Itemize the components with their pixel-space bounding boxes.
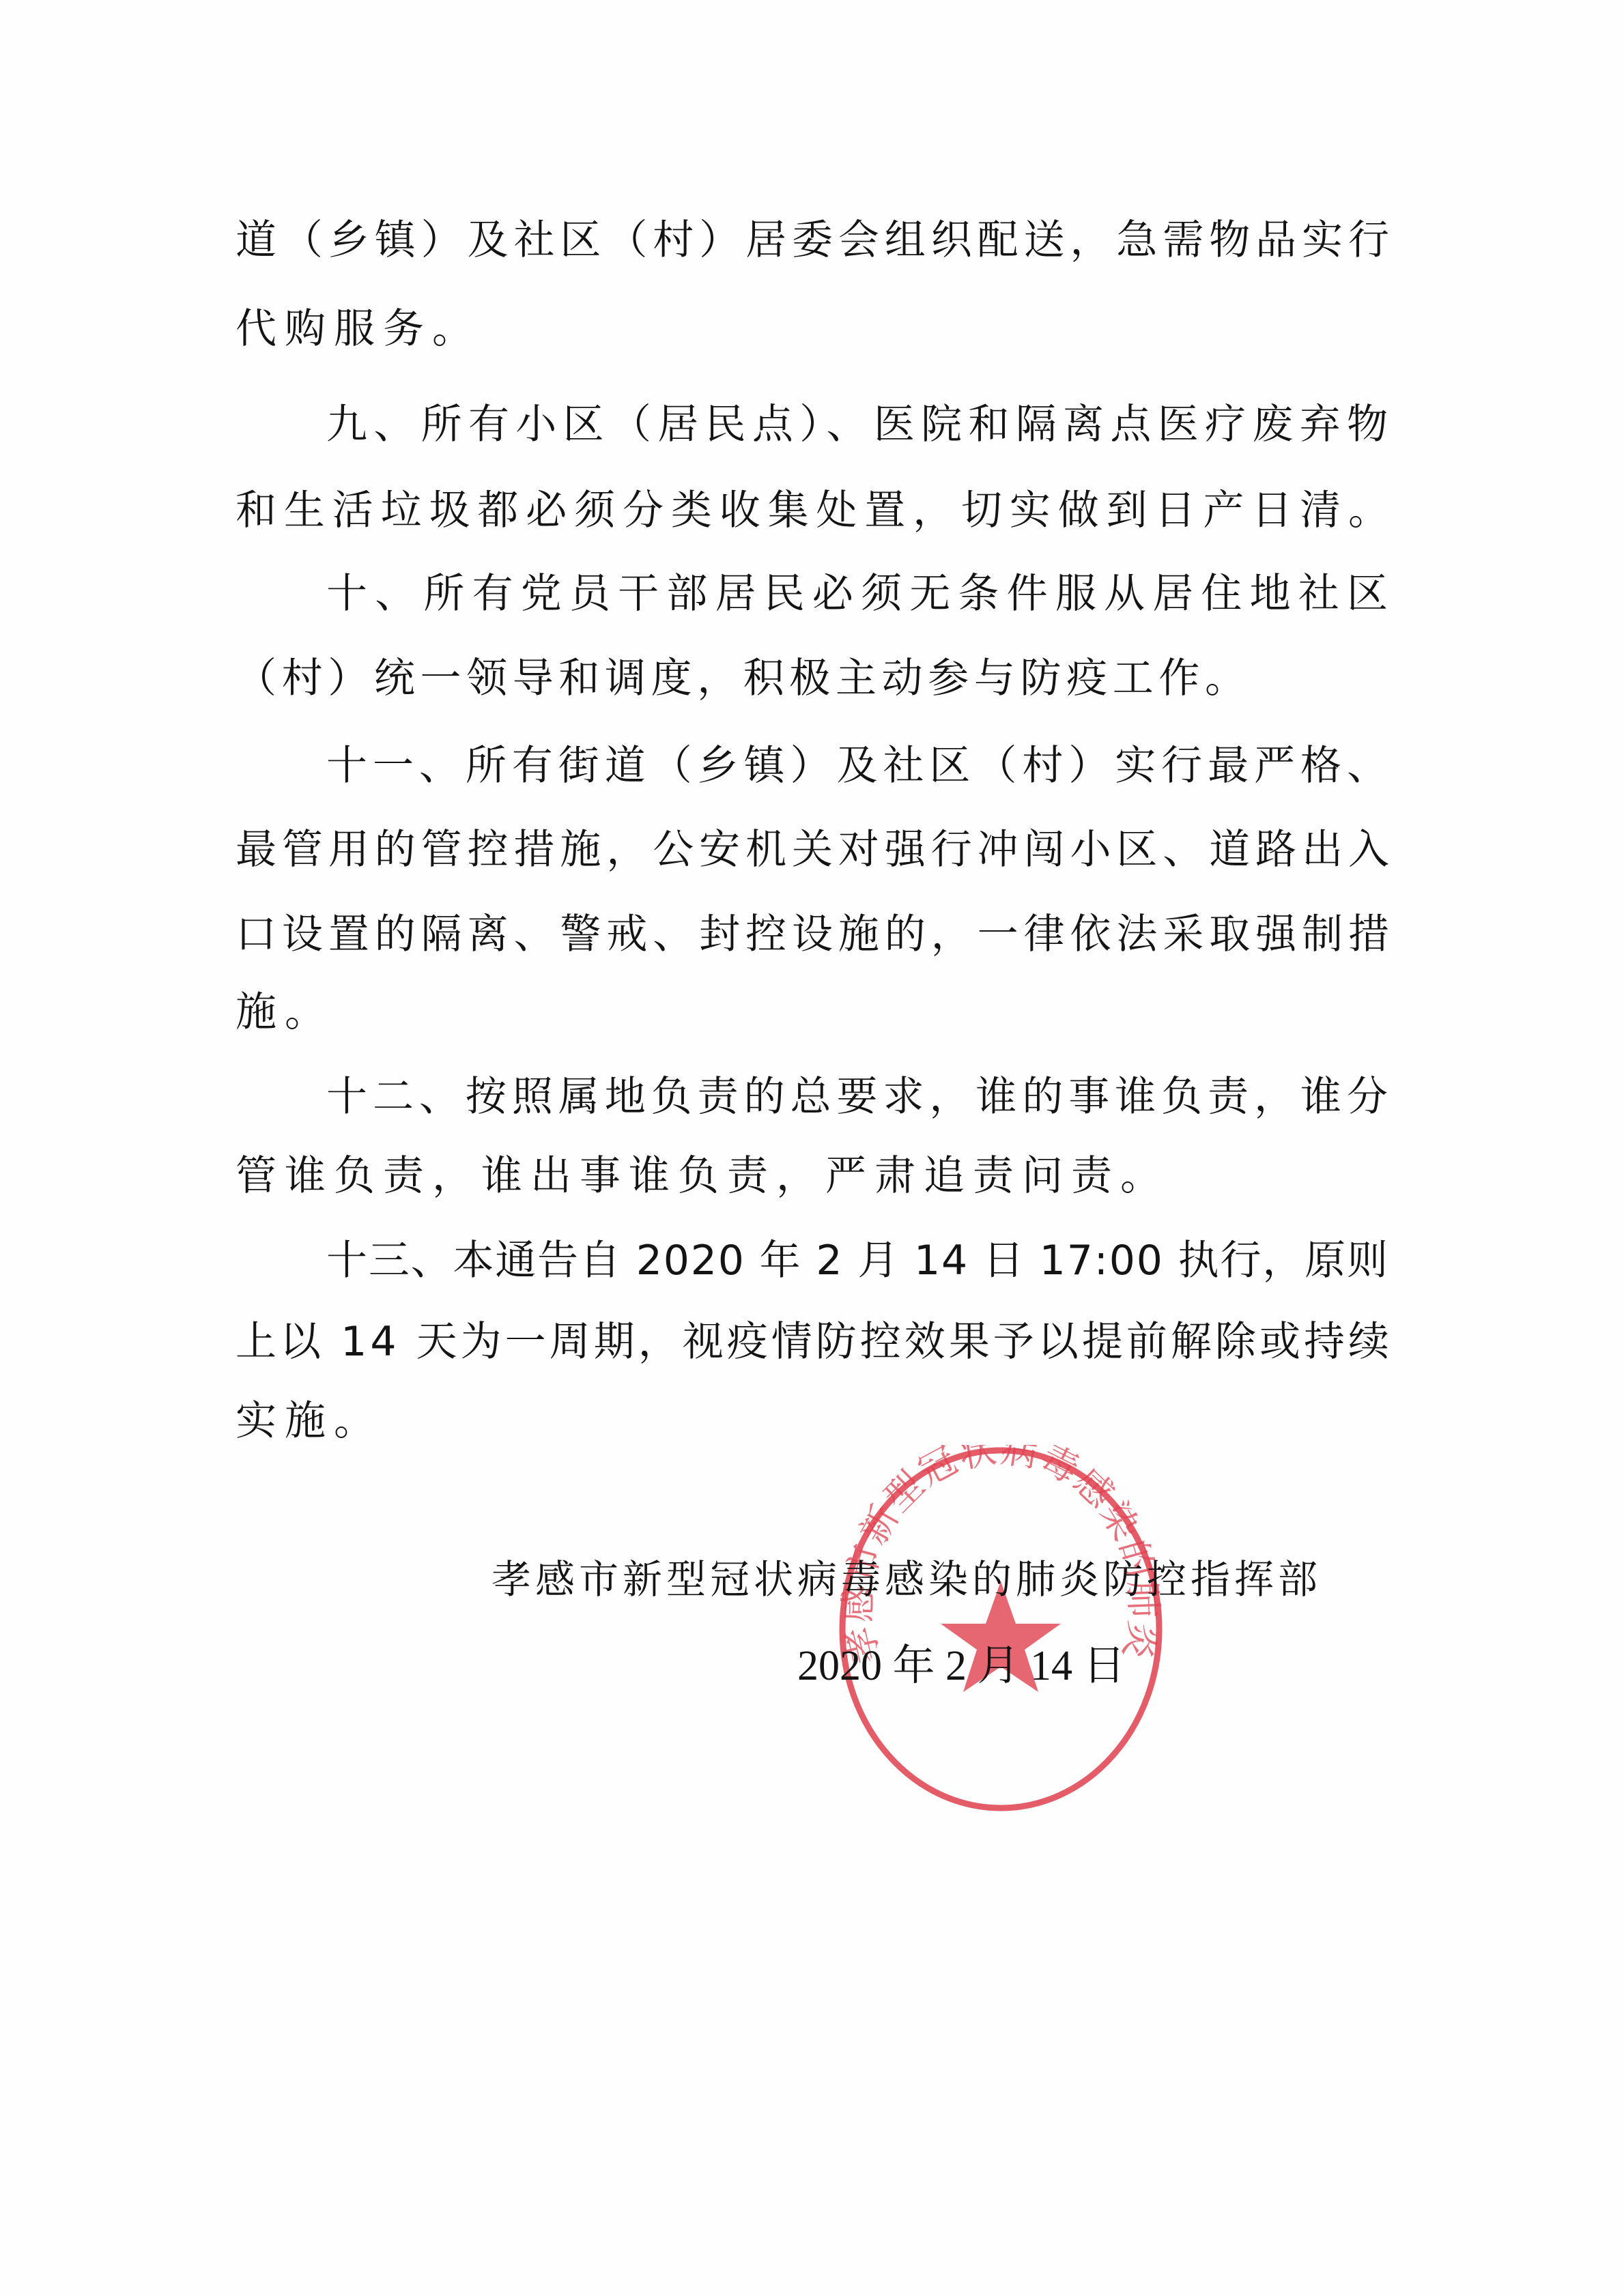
item-12-line-2: 管谁负责，谁出事谁负责，严肃追责问责。 xyxy=(236,1156,1169,1196)
item-11-line-3: 口设置的隔离、警戒、封控设施的，一律依法采取强制措 xyxy=(236,914,1395,955)
item-11-line-4: 施。 xyxy=(236,992,334,1033)
item-10-line-1: 十、所有党员干部居民必须无条件服从居住地社区 xyxy=(326,573,1395,614)
body-line-1: 道（乡镇）及社区（村）居委会组织配送，急需物品实行 xyxy=(236,220,1395,261)
item-11-line-1: 十一、所有街道（乡镇）及社区（村）实行最严格、 xyxy=(326,745,1393,786)
official-seal-icon: 孝感市新型冠状病毒感染的肺炎防控指挥部 xyxy=(837,1445,1165,1813)
signature-organization: 孝感市新型冠状病毒感染的肺炎防控指挥部 xyxy=(492,1560,1322,1599)
item-13-line-2: 上以 14 天为一周期，视疫情防控效果予以提前解除或持续 xyxy=(236,1321,1393,1362)
body-line-2: 代购服务。 xyxy=(236,308,481,349)
item-12-line-1: 十二、按照属地负责的总要求，谁的事谁负责，谁分 xyxy=(326,1076,1393,1117)
signature-date: 2020 年 2 月 14 日 xyxy=(797,1645,1126,1687)
item-11-line-2: 最管用的管控措施，公安机关对强行冲闯小区、道路出入 xyxy=(236,829,1395,870)
item-9-line-1: 九、所有小区（居民点）、医院和隔离点医疗废弃物 xyxy=(326,404,1394,445)
item-13-line-3: 实施。 xyxy=(236,1401,383,1441)
item-13-line-1: 十三、本通告自 2020 年 2 月 14 日 17:00 执行，原则 xyxy=(326,1240,1389,1281)
item-10-line-2: （村）统一领导和调度，积极主动参与防疫工作。 xyxy=(236,658,1251,699)
item-9-line-2: 和生活垃圾都必须分类收集处置，切实做到日产日清。 xyxy=(236,490,1397,531)
document-page: 道（乡镇）及社区（村）居委会组织配送，急需物品实行 代购服务。 九、所有小区（居… xyxy=(0,0,1624,2296)
